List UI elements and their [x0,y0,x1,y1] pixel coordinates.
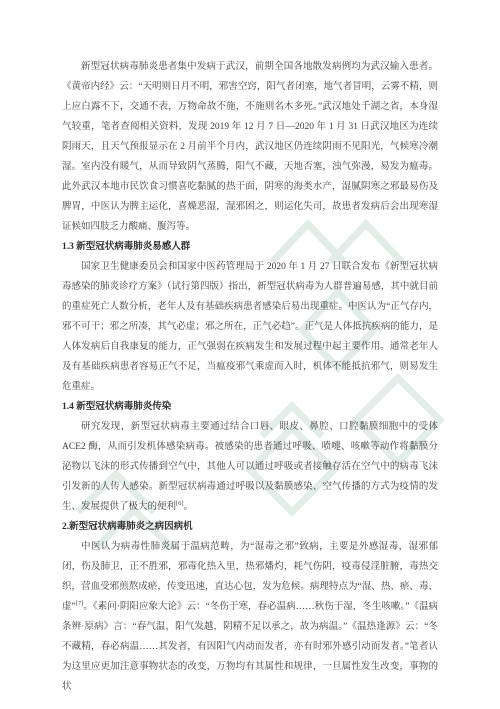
document-body: 新型冠状病毒肺炎患者集中发病于武汉，前期全国各地散发病例均为武汉输入患者。《黄帝… [62,57,438,697]
section-heading: 1.3 新型冠状病毒肺炎易感人群 [62,237,438,257]
section-heading: 1.4 新型冠状病毒肺炎传染 [62,397,438,417]
paragraph: 新型冠状病毒肺炎患者集中发病于武汉，前期全国各地散发病例均为武汉输入患者。《黄帝… [62,57,438,237]
citation-superscript: [6] [176,500,184,507]
paragraph: 研究发现，新型冠状病毒主要通过结合口唇、眼皮、鼻腔、口腔黏膜细胞中的受体 ACE… [62,417,438,517]
paragraph: 国家卫生健康委员会和国家中医药管理局于 2020 年 1 月 27 日联合发布《… [62,257,438,397]
citation-superscript: [7] [76,600,84,607]
paragraph: 中医认为病毒性肺炎属于温病范畴，为“湿毒之邪”致病，主要是外感湿毒，湿邪郁闭，伤… [62,537,438,697]
document-page: { "page": { "background": "#ffffff", "te… [0,0,500,709]
section-heading: 2.新型冠状病毒肺炎之病因病机 [62,517,438,537]
